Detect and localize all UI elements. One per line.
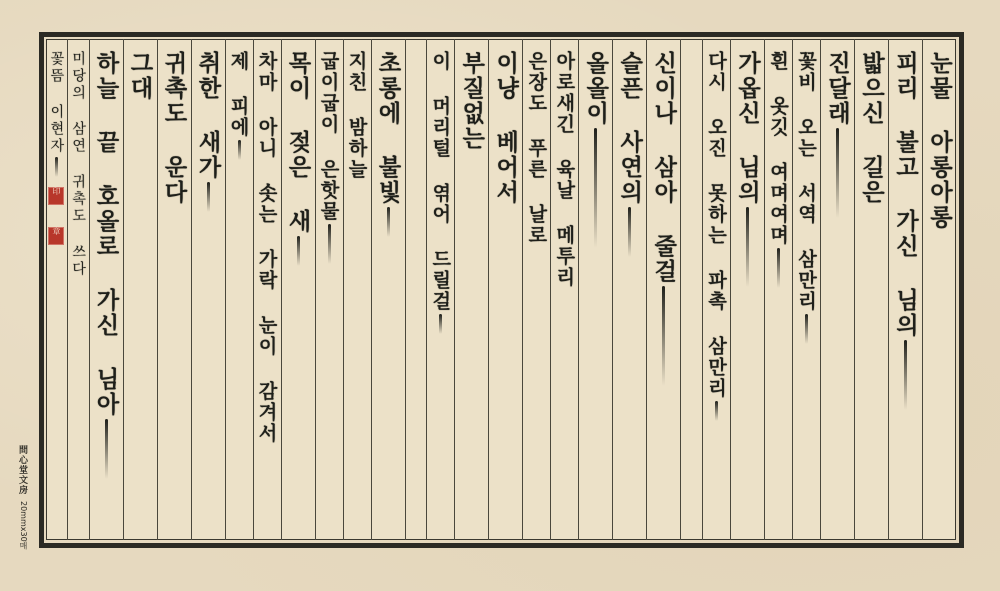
red-seal-stamp-icon: 章 bbox=[48, 227, 64, 245]
grid-column: 굽이굽이 은핫물 bbox=[315, 39, 343, 540]
brush-stroke-tail bbox=[715, 401, 718, 421]
artist-seals: 印章 bbox=[48, 187, 64, 245]
calligraphy-line: 가옵신 님의 bbox=[731, 51, 764, 205]
calligraphy-line: 굽이굽이 은핫물 bbox=[316, 51, 343, 222]
grid-column: 눈물 아롱아롱 bbox=[922, 39, 956, 540]
grid-column: 이 머리털 엮어 드릴걸 bbox=[426, 39, 454, 540]
grid-column: 취한 새가 bbox=[191, 39, 225, 540]
calligraphy-line: 차마 아니 솟는 가락 눈이 감겨서 bbox=[254, 51, 281, 444]
calligraphy-line: 그대 bbox=[124, 51, 157, 101]
calligraphy-line: 미당의 삼연 귀촉도 쓰다 bbox=[68, 51, 88, 278]
brush-stroke-tail bbox=[105, 419, 108, 479]
grid-column: 지친 밤하늘 bbox=[343, 39, 371, 540]
calligraphy-line: 꽃뜸 이현자 bbox=[46, 51, 66, 155]
calligraphy-line: 이 머리털 엮어 드릴걸 bbox=[427, 51, 454, 312]
brush-stroke-tail bbox=[328, 224, 331, 264]
red-seal-stamp-icon: 印 bbox=[48, 187, 64, 205]
grid-column: 올올이 bbox=[578, 39, 612, 540]
grid-column: 미당의 삼연 귀촉도 쓰다 bbox=[67, 39, 89, 540]
brush-stroke-tail bbox=[55, 157, 58, 177]
calligraphy-line: 다시 오진 못하는 파촉 삼만리 bbox=[703, 51, 730, 399]
calligraphy-line: 흰 옷깃 여며여며 bbox=[765, 51, 792, 246]
brush-stroke-tail bbox=[904, 340, 907, 410]
brush-stroke-tail bbox=[238, 140, 241, 160]
paper-spec: 20mmx30매 bbox=[16, 501, 29, 550]
grid-column: 그대 bbox=[123, 39, 157, 540]
grid-column: 꽃비 오는 서역 삼만리 bbox=[792, 39, 820, 540]
grid-column: 꽃뜸 이현자印章 bbox=[46, 39, 67, 540]
grid-column: 아로새긴 육날 메투리 bbox=[550, 39, 578, 540]
calligraphy-line: 귀촉도 운다 bbox=[158, 51, 191, 205]
manuscript-grid: 눈물 아롱아롱피리 불고 가신 님의밟으신 길은진달래꽃비 오는 서역 삼만리흰… bbox=[46, 39, 956, 540]
brush-stroke-tail bbox=[777, 248, 780, 288]
calligraphy-line: 제 피에 bbox=[226, 51, 253, 138]
grid-column: 목이 젖은 새 bbox=[281, 39, 315, 540]
grid-column: 슬픈 사연의 bbox=[612, 39, 646, 540]
brush-stroke-tail bbox=[207, 182, 210, 212]
calligraphy-line: 하늘 끝 호올로 가신 님아 bbox=[90, 51, 123, 417]
grid-column: 진달래 bbox=[820, 39, 854, 540]
brush-stroke-tail bbox=[628, 207, 631, 257]
calligraphy-line: 아로새긴 육날 메투리 bbox=[551, 51, 578, 288]
calligraphy-line: 꽃비 오는 서역 삼만리 bbox=[793, 51, 820, 312]
grid-column: 흰 옷깃 여며여며 bbox=[764, 39, 792, 540]
paper-maker-label: 問心堂文房 20mmx30매 bbox=[16, 445, 29, 550]
calligraphy-line: 이냥 베어서 bbox=[489, 51, 522, 205]
grid-column: 하늘 끝 호올로 가신 님아 bbox=[89, 39, 123, 540]
calligraphy-line: 올올이 bbox=[579, 51, 612, 126]
calligraphy-line: 지친 밤하늘 bbox=[344, 51, 371, 180]
calligraphy-line: 신이나 삼아 줄걸 bbox=[647, 51, 680, 284]
grid-column bbox=[680, 39, 702, 540]
calligraphy-line: 밟으신 길은 bbox=[855, 51, 888, 205]
calligraphy-line: 눈물 아롱아롱 bbox=[923, 51, 956, 230]
brush-stroke-tail bbox=[297, 236, 300, 266]
brush-stroke-tail bbox=[805, 314, 808, 344]
grid-column bbox=[405, 39, 427, 540]
calligraphy-line: 초롱에 불빛 bbox=[372, 51, 405, 205]
grid-column: 밟으신 길은 bbox=[854, 39, 888, 540]
grid-column: 다시 오진 못하는 파촉 삼만리 bbox=[702, 39, 730, 540]
calligraphy-line: 부질없는 bbox=[455, 51, 488, 151]
brush-stroke-tail bbox=[746, 207, 749, 287]
grid-column: 부질없는 bbox=[454, 39, 488, 540]
paper-maker-brand: 問心堂文房 bbox=[16, 445, 29, 495]
calligraphy-line: 슬픈 사연의 bbox=[613, 51, 646, 205]
grid-column: 초롱에 불빛 bbox=[371, 39, 405, 540]
calligraphy-line: 취한 새가 bbox=[192, 51, 225, 180]
grid-column: 은장도 푸른 날로 bbox=[522, 39, 550, 540]
brush-stroke-tail bbox=[662, 286, 665, 386]
brush-stroke-tail bbox=[836, 128, 839, 218]
grid-column: 가옵신 님의 bbox=[730, 39, 764, 540]
calligraphy-line: 피리 불고 가신 님의 bbox=[889, 51, 922, 338]
calligraphy-line: 은장도 푸른 날로 bbox=[523, 51, 550, 246]
calligraphy-line: 목이 젖은 새 bbox=[282, 51, 315, 234]
brush-stroke-tail bbox=[439, 314, 442, 334]
grid-column: 귀촉도 운다 bbox=[157, 39, 191, 540]
grid-column: 차마 아니 솟는 가락 눈이 감겨서 bbox=[253, 39, 281, 540]
grid-column: 이냥 베어서 bbox=[488, 39, 522, 540]
grid-column: 피리 불고 가신 님의 bbox=[888, 39, 922, 540]
grid-column: 신이나 삼아 줄걸 bbox=[646, 39, 680, 540]
grid-column: 제 피에 bbox=[225, 39, 253, 540]
brush-stroke-tail bbox=[594, 128, 597, 248]
brush-stroke-tail bbox=[387, 207, 390, 237]
calligraphy-line: 진달래 bbox=[821, 51, 854, 126]
